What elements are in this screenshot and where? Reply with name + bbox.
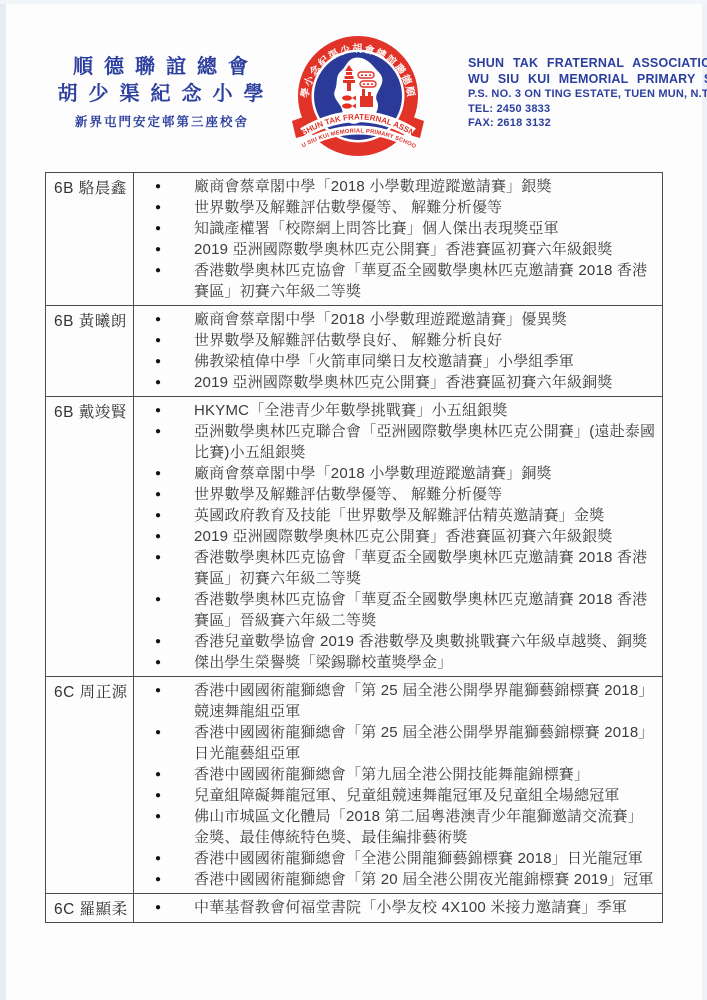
bullet-icon: ● [139, 260, 177, 281]
award-text: 世界數學及解難評估數學優等、 解難分析優等 [194, 484, 656, 505]
school-name-en-line1: SHUN TAK FRATERNAL ASSOCIATION [468, 55, 703, 71]
bullet-icon: ● [139, 197, 177, 218]
award-text: 廠商會蔡章閣中學「2018 小學數理遊蹤邀請賽」優異獎 [194, 309, 656, 330]
bullet-icon: ● [139, 526, 177, 547]
award-text: 香港中國國術龍獅總會「第 25 屆全港公開學界龍獅藝錦標賽 2018」競速舞龍組… [194, 680, 656, 722]
award-item: ● 傑出學生榮譽獎「梁錫聯校董獎學金」 [134, 652, 662, 673]
bullet-icon: ● [139, 848, 177, 869]
award-item: ● 香港中國國術龍獅總會「第 25 屆全港公開學界龍獅藝錦標賽 2018」競速舞… [134, 680, 662, 722]
bullet-icon: ● [139, 785, 177, 806]
award-item: ● 廠商會蔡章閣中學「2018 小學數理遊蹤邀請賽」銀獎 [134, 176, 662, 197]
award-list: ● 廠商會蔡章閣中學「2018 小學數理遊蹤邀請賽」銀獎 ● 世界數學及解難評估… [134, 176, 662, 302]
awards-cell: ● 廠商會蔡章閣中學「2018 小學數理遊蹤邀請賽」銀獎 ● 世界數學及解難評估… [134, 173, 663, 306]
bullet-icon: ● [139, 176, 177, 197]
award-item: ● 佛教梁植偉中學「火箭車同樂日友校邀請賽」小學組季軍 [134, 351, 662, 372]
award-list: ● 中華基督教會何福堂書院「小學友校 4X100 米接力邀請賽」季軍 [134, 897, 662, 918]
school-name-zh-line2: 胡 少 渠 紀 念 小 學 [48, 81, 276, 108]
award-text: 兒童組障礙舞龍冠軍、兒童組競速舞龍冠軍及兒童組全場總冠軍 [194, 785, 656, 806]
award-text: 2019 亞洲國際數學奧林匹克公開賽」香港賽區初賽六年級銀獎 [194, 526, 656, 547]
awards-table: 6B 駱晨鑫 ● 廠商會蔡章閣中學「2018 小學數理遊蹤邀請賽」銀獎 ● 世界… [45, 172, 663, 923]
bullet-icon: ● [139, 400, 177, 421]
table-row: 6C 羅顯柔 ● 中華基督教會何福堂書院「小學友校 4X100 米接力邀請賽」季… [46, 894, 663, 923]
awards-cell: ● 中華基督教會何福堂書院「小學友校 4X100 米接力邀請賽」季軍 [134, 894, 663, 923]
student-name: 6B 駱晨鑫 [46, 173, 134, 306]
award-text: 香港中國國術龍獅總會「第 25 屆全港公開學界龍獅藝錦標賽 2018」日光龍藝組… [194, 722, 656, 764]
school-name-en-line2: WU SIU KUI MEMORIAL PRIMARY SCHOOL [468, 71, 703, 87]
school-name-zh-line1: 順 德 聯 誼 總 會 [48, 54, 276, 81]
bullet-icon: ● [139, 680, 177, 701]
award-item: ● 香港中國國術龍獅總會「第九屆全港公開技能舞龍錦標賽」 [134, 764, 662, 785]
bullet-icon: ● [139, 631, 177, 652]
awards-table-body: 6B 駱晨鑫 ● 廠商會蔡章閣中學「2018 小學數理遊蹤邀請賽」銀獎 ● 世界… [46, 173, 663, 923]
award-item: ● 廠商會蔡章閣中學「2018 小學數理遊蹤邀請賽」銅獎 [134, 463, 662, 484]
school-address-en: P.S. NO. 3 ON TING ESTATE, TUEN MUN, N.T… [468, 87, 703, 102]
awards-cell: ● HKYMC「全港青少年數學挑戰賽」小五組銀獎 ● 亞洲數學奧林匹克聯合會「亞… [134, 397, 663, 677]
bullet-icon: ● [139, 330, 177, 351]
table-row: 6B 駱晨鑫 ● 廠商會蔡章閣中學「2018 小學數理遊蹤邀請賽」銀獎 ● 世界… [46, 173, 663, 306]
bullet-icon: ● [139, 897, 177, 918]
bullet-icon: ● [139, 218, 177, 239]
award-list: ● 香港中國國術龍獅總會「第 25 屆全港公開學界龍獅藝錦標賽 2018」競速舞… [134, 680, 662, 890]
school-crest-icon: 學小念紀渠少胡會總誼聯德順 SHUN TAK FRATERNAL ASSN WU… [292, 34, 424, 166]
award-item: ● 世界數學及解難評估數學優等、 解難分析優等 [134, 197, 662, 218]
award-item: ● 香港數學奧林匹克協會「華夏盃全國數學奧林匹克邀請賽 2018 香港賽區」初賽… [134, 547, 662, 589]
award-text: 英國政府教育及技能「世界數學及解難評估精英邀請賽」金獎 [194, 505, 656, 526]
bullet-icon: ● [139, 547, 177, 568]
award-list: ● HKYMC「全港青少年數學挑戰賽」小五組銀獎 ● 亞洲數學奧林匹克聯合會「亞… [134, 400, 662, 673]
award-item: ● 知識產權署「校際網上問答比賽」個人傑出表現獎亞軍 [134, 218, 662, 239]
award-item: ● 英國政府教育及技能「世界數學及解難評估精英邀請賽」金獎 [134, 505, 662, 526]
award-text: 世界數學及解難評估數學優等、 解難分析優等 [194, 197, 656, 218]
table-row: 6C 周正源 ● 香港中國國術龍獅總會「第 25 屆全港公開學界龍獅藝錦標賽 2… [46, 677, 663, 894]
award-text: 世界數學及解難評估數學良好、 解難分析良好 [194, 330, 656, 351]
award-text: 廠商會蔡章閣中學「2018 小學數理遊蹤邀請賽」銅獎 [194, 463, 656, 484]
bullet-icon: ● [139, 372, 177, 393]
student-name: 6C 周正源 [46, 677, 134, 894]
school-crest-logo: 學小念紀渠少胡會總誼聯德順 SHUN TAK FRATERNAL ASSN WU… [292, 34, 424, 166]
school-address-zh: 新界屯門安定邨第三座校舍 [48, 112, 276, 130]
bullet-icon: ● [139, 421, 177, 442]
bullet-icon: ● [139, 351, 177, 372]
award-item: ● 2019 亞洲國際數學奧林匹克公開賽」香港賽區初賽六年級銀獎 [134, 239, 662, 260]
award-text: 香港中國國術龍獅總會「第九屆全港公開技能舞龍錦標賽」 [194, 764, 656, 785]
bullet-icon: ● [139, 309, 177, 330]
award-text: 香港數學奧林匹克協會「華夏盃全國數學奧林匹克邀請賽 2018 香港賽區」晉級賽六… [194, 589, 656, 631]
award-item: ● 廠商會蔡章閣中學「2018 小學數理遊蹤邀請賽」優異獎 [134, 309, 662, 330]
student-name: 6B 戴竣賢 [46, 397, 134, 677]
award-item: ● 香港中國國術龍獅總會「第 25 屆全港公開學界龍獅藝錦標賽 2018」日光龍… [134, 722, 662, 764]
bullet-icon: ● [139, 764, 177, 785]
award-item: ● HKYMC「全港青少年數學挑戰賽」小五組銀獎 [134, 400, 662, 421]
award-text: 佛山市城區文化體局「2018 第二屆粵港澳青少年龍獅邀請交流賽」金獎、最佳傳統特… [194, 806, 656, 848]
student-name: 6C 羅顯柔 [46, 894, 134, 923]
table-row: 6B 黃曦朗 ● 廠商會蔡章閣中學「2018 小學數理遊蹤邀請賽」優異獎 ● 世… [46, 306, 663, 397]
award-item: ● 香港中國國術龍獅總會「第 20 屆全港公開夜光龍錦標賽 2019」冠軍 [134, 869, 662, 890]
table-row: 6B 戴竣賢 ● HKYMC「全港青少年數學挑戰賽」小五組銀獎 ● 亞洲數學奧林… [46, 397, 663, 677]
award-item: ● 世界數學及解難評估數學良好、 解難分析良好 [134, 330, 662, 351]
awards-cell: ● 廠商會蔡章閣中學「2018 小學數理遊蹤邀請賽」優異獎 ● 世界數學及解難評… [134, 306, 663, 397]
award-item: ● 2019 亞洲國際數學奧林匹克公開賽」香港賽區初賽六年級銅獎 [134, 372, 662, 393]
award-text: 2019 亞洲國際數學奧林匹克公開賽」香港賽區初賽六年級銅獎 [194, 372, 656, 393]
bullet-icon: ● [139, 463, 177, 484]
award-item: ● 兒童組障礙舞龍冠軍、兒童組競速舞龍冠軍及兒童組全場總冠軍 [134, 785, 662, 806]
bullet-icon: ● [139, 484, 177, 505]
award-text: 傑出學生榮譽獎「梁錫聯校董獎學金」 [194, 652, 656, 673]
award-item: ● 世界數學及解難評估數學優等、 解難分析優等 [134, 484, 662, 505]
bullet-icon: ● [139, 505, 177, 526]
award-item: ● 香港兒童數學協會 2019 香港數學及奧數挑戰賽六年級卓越獎、銅獎 [134, 631, 662, 652]
award-text: 知識產權署「校際網上問答比賽」個人傑出表現獎亞軍 [194, 218, 656, 239]
award-text: 香港兒童數學協會 2019 香港數學及奧數挑戰賽六年級卓越獎、銅獎 [194, 631, 656, 652]
award-text: 亞洲數學奧林匹克聯合會「亞洲國際數學奧林匹克公開賽」(遠赴泰國比賽)小五組銀獎 [194, 421, 656, 463]
award-item: ● 中華基督教會何福堂書院「小學友校 4X100 米接力邀請賽」季軍 [134, 897, 662, 918]
bullet-icon: ● [139, 589, 177, 610]
school-tel: TEL: 2450 3833 [468, 102, 703, 117]
letterhead: 順 德 聯 誼 總 會 胡 少 渠 紀 念 小 學 新界屯門安定邨第三座校舍 [0, 34, 707, 166]
bullet-icon: ● [139, 869, 177, 890]
bullet-icon: ● [139, 806, 177, 827]
award-text: 香港中國國術龍獅總會「全港公開龍獅藝錦標賽 2018」日光龍冠軍 [194, 848, 656, 869]
award-item: ● 香港數學奧林匹克協會「華夏盃全國數學奧林匹克邀請賽 2018 香港賽區」初賽… [134, 260, 662, 302]
award-item: ● 亞洲數學奧林匹克聯合會「亞洲國際數學奧林匹克公開賽」(遠赴泰國比賽)小五組銀… [134, 421, 662, 463]
award-item: ● 2019 亞洲國際數學奧林匹克公開賽」香港賽區初賽六年級銀獎 [134, 526, 662, 547]
award-text: 廠商會蔡章閣中學「2018 小學數理遊蹤邀請賽」銀獎 [194, 176, 656, 197]
award-item: ● 佛山市城區文化體局「2018 第二屆粵港澳青少年龍獅邀請交流賽」金獎、最佳傳… [134, 806, 662, 848]
award-text: 2019 亞洲國際數學奧林匹克公開賽」香港賽區初賽六年級銀獎 [194, 239, 656, 260]
bullet-icon: ● [139, 652, 177, 673]
awards-cell: ● 香港中國國術龍獅總會「第 25 屆全港公開學界龍獅藝錦標賽 2018」競速舞… [134, 677, 663, 894]
school-name-chinese: 順 德 聯 誼 總 會 胡 少 渠 紀 念 小 學 新界屯門安定邨第三座校舍 [48, 54, 276, 130]
bullet-icon: ● [139, 722, 177, 743]
award-text: HKYMC「全港青少年數學挑戰賽」小五組銀獎 [194, 400, 656, 421]
award-text: 佛教梁植偉中學「火箭車同樂日友校邀請賽」小學組季軍 [194, 351, 656, 372]
school-fax: FAX: 2618 3132 [468, 116, 703, 131]
school-name-english: SHUN TAK FRATERNAL ASSOCIATION WU SIU KU… [468, 55, 703, 131]
award-item: ● 香港數學奧林匹克協會「華夏盃全國數學奧林匹克邀請賽 2018 香港賽區」晉級… [134, 589, 662, 631]
scan-edge-top [0, 0, 707, 4]
award-list: ● 廠商會蔡章閣中學「2018 小學數理遊蹤邀請賽」優異獎 ● 世界數學及解難評… [134, 309, 662, 393]
award-text: 中華基督教會何福堂書院「小學友校 4X100 米接力邀請賽」季軍 [194, 897, 656, 918]
award-text: 香港中國國術龍獅總會「第 20 屆全港公開夜光龍錦標賽 2019」冠軍 [194, 869, 656, 890]
student-name: 6B 黃曦朗 [46, 306, 134, 397]
award-text: 香港數學奧林匹克協會「華夏盃全國數學奧林匹克邀請賽 2018 香港賽區」初賽六年… [194, 260, 656, 302]
bullet-icon: ● [139, 239, 177, 260]
award-item: ● 香港中國國術龍獅總會「全港公開龍獅藝錦標賽 2018」日光龍冠軍 [134, 848, 662, 869]
award-text: 香港數學奧林匹克協會「華夏盃全國數學奧林匹克邀請賽 2018 香港賽區」初賽六年… [194, 547, 656, 589]
